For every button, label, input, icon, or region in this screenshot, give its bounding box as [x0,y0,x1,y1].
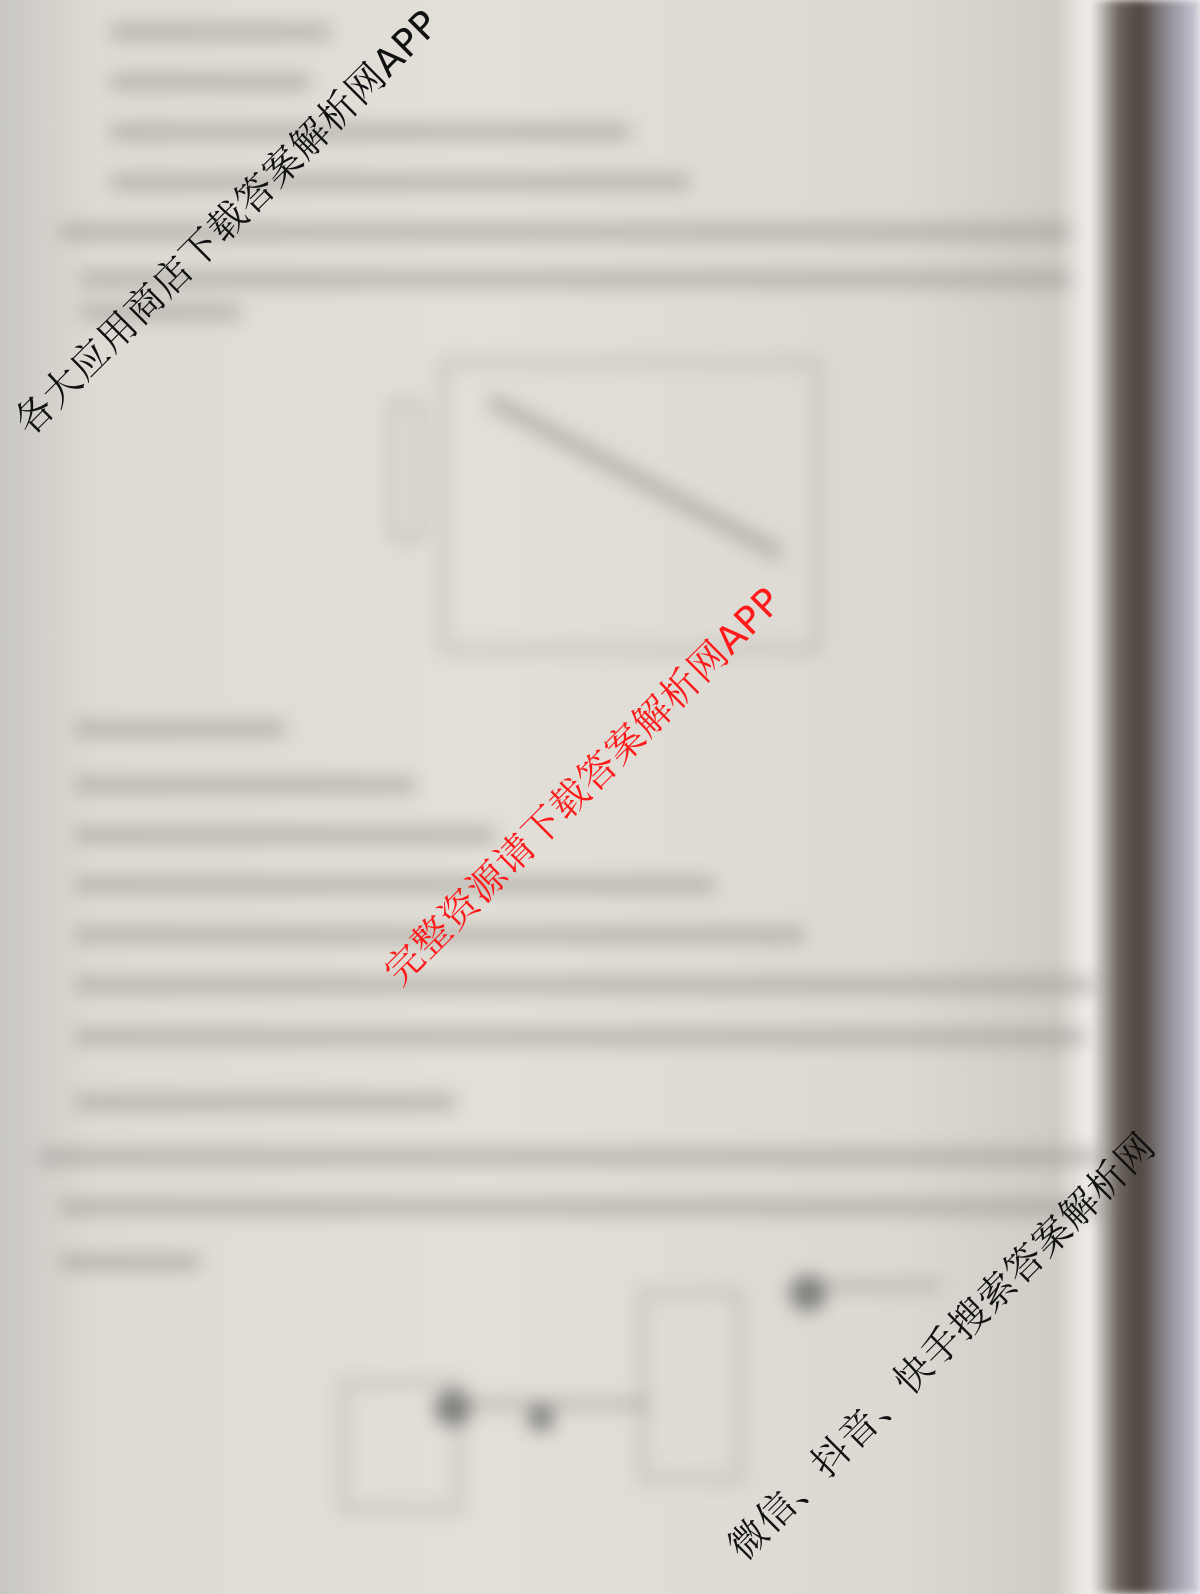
blurred-text-line [75,878,715,892]
blurred-text-line [80,272,1070,286]
blurred-text-line [75,978,1095,992]
blurred-diagram-dot [435,1390,471,1426]
blurred-text-line [40,1150,1100,1164]
blurred-text-line [75,1095,455,1109]
blurred-text-line [75,722,285,736]
blurred-text-line [75,1030,1085,1044]
blurred-text-line [110,125,630,139]
blurred-diagram-side [390,400,422,542]
blurred-diagram-wire [450,1400,650,1408]
blurred-text-line [75,778,415,792]
blurred-text-line [110,75,310,89]
blurred-text-line [60,1255,200,1269]
blurred-diagram-dot [790,1275,826,1311]
blurred-text-line [110,25,330,39]
blurred-text-line [75,828,495,842]
blurred-diagram-wire [820,1282,940,1290]
blurred-text-line [110,175,690,189]
blurred-lower-diagram [640,1290,742,1482]
blurred-diagram-dot [528,1405,554,1431]
blurred-text-line [60,1200,1100,1214]
book-binding-edge [1090,0,1200,1594]
